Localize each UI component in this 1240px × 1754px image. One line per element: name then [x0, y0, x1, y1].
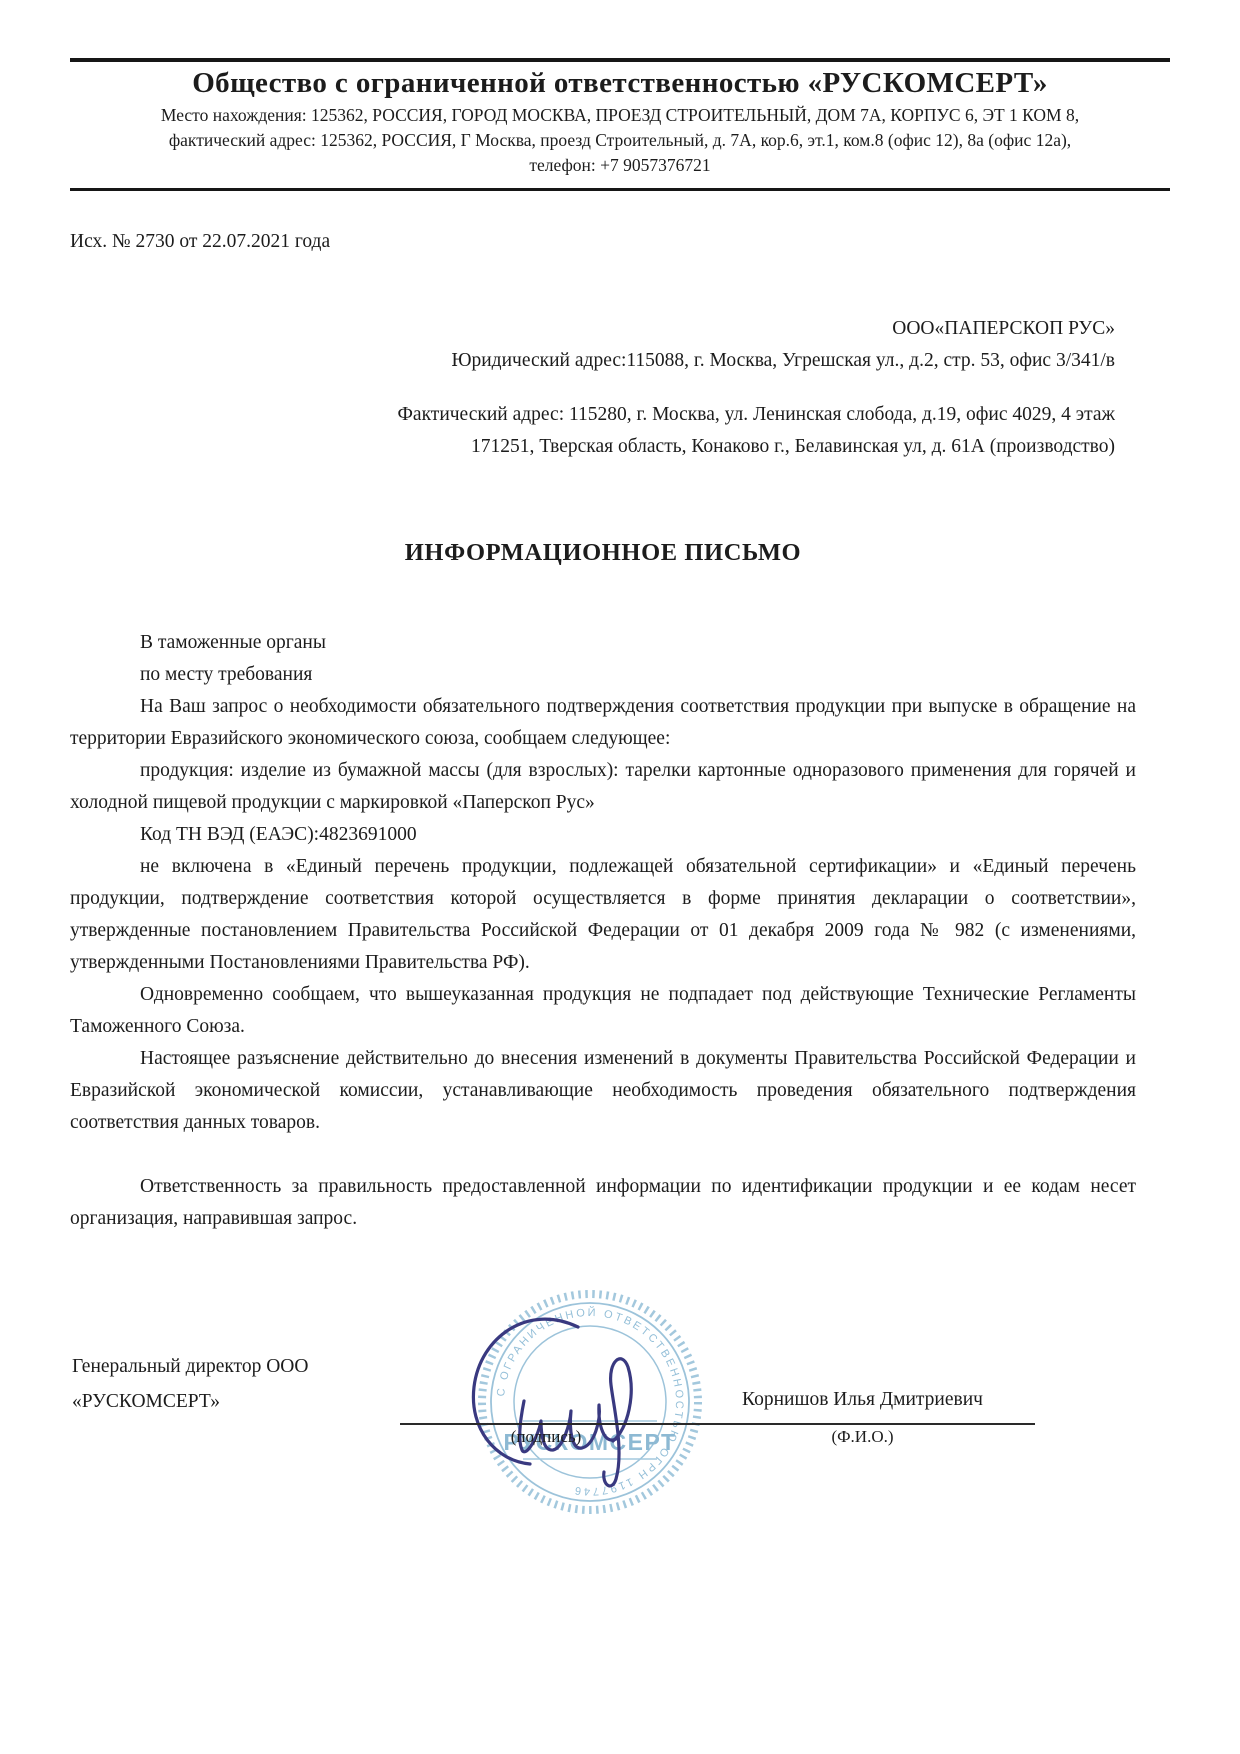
body-paragraph-responsibility: Ответственность за правильность предоста… [70, 1171, 1136, 1235]
signature-scribble-icon [458, 1309, 668, 1489]
body-paragraph: Настоящее разъяснение действительно до в… [70, 1043, 1136, 1139]
recipient-legal-address: Юридический адрес:115088, г. Москва, Угр… [70, 345, 1115, 377]
letter-body: В таможенные органы по месту требования … [70, 627, 1170, 1235]
signature-block: Генеральный директор ООО «РУСКОМСЕРТ» С … [70, 1327, 1170, 1637]
recipient-actual-address-line2: 171251, Тверская область, Конаково г., Б… [70, 431, 1115, 463]
body-paragraph: не включена в «Единый перечень продукции… [70, 851, 1136, 979]
body-paragraph: Одновременно сообщаем, что вышеуказанная… [70, 979, 1136, 1043]
document-title: ИНФОРМАЦИОННОЕ ПИСЬМО [70, 539, 1136, 567]
letterhead-actual-address-line: фактический адрес: 125362, РОССИЯ, Г Мос… [70, 128, 1170, 153]
outgoing-reference: Исх. № 2730 от 22.07.2021 года [70, 231, 1170, 253]
body-paragraph: продукция: изделие из бумажной массы (дл… [70, 755, 1136, 819]
company-name: Общество с ограниченной ответственностью… [70, 67, 1170, 100]
recipient-block: ООО«ПАПЕРСКОП РУС» Юридический адрес:115… [70, 313, 1170, 463]
signature-caption: (подпись) [400, 1425, 692, 1447]
letterhead: Общество с ограниченной ответственностью… [70, 58, 1170, 191]
addressee-line-2: по месту требования [70, 659, 1136, 691]
recipient-actual-address-line1: Фактический адрес: 115280, г. Москва, ул… [70, 399, 1115, 431]
signer-position: Генеральный директор ООО «РУСКОМСЕРТ» [72, 1349, 308, 1419]
letter-page: Общество с ограниченной ответственностью… [0, 0, 1240, 1754]
full-name-caption: (Ф.И.О.) [690, 1425, 1035, 1447]
recipient-name: ООО«ПАПЕРСКОП РУС» [70, 313, 1115, 345]
addressee-line-1: В таможенные органы [70, 627, 1136, 659]
full-name-line: (Ф.И.О.) [690, 1423, 1035, 1447]
signature-line: (подпись) [400, 1423, 692, 1447]
recipient-spacer [70, 377, 1115, 399]
handwritten-signature [458, 1309, 668, 1489]
signer-full-name: Корнишов Илья Дмитриевич [690, 1389, 1035, 1411]
signer-position-line-1: Генеральный директор ООО [72, 1349, 308, 1384]
signer-position-line-2: «РУСКОМСЕРТ» [72, 1384, 308, 1419]
body-paragraph-tnved-code: Код ТН ВЭД (ЕАЭС):4823691000 [70, 819, 1136, 851]
letterhead-phone-line: телефон: +7 9057376721 [70, 153, 1170, 178]
letterhead-location-line: Место нахождения: 125362, РОССИЯ, ГОРОД … [70, 103, 1170, 128]
addressee-block: В таможенные органы по месту требования [70, 627, 1136, 691]
body-paragraph: На Ваш запрос о необходимости обязательн… [70, 691, 1136, 755]
